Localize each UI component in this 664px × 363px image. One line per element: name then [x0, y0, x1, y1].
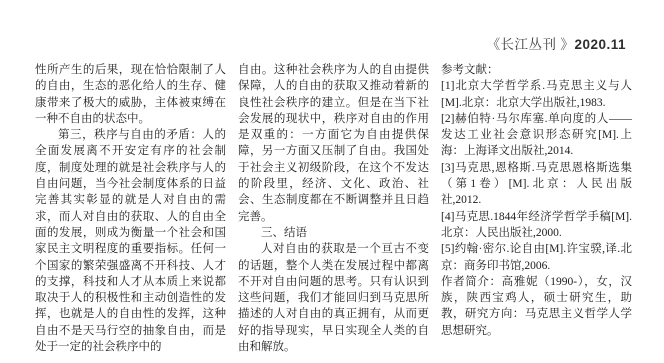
- paragraph: 第三，秩序与自由的矛盾：人的全面发展离不开安定有序的社会制度，制度处理的就是社会…: [35, 127, 226, 355]
- journal-title: 《长江丛刊 》: [487, 37, 575, 52]
- paragraph: 性所产生的后果，现在恰恰限制了人的自由，生态的恶化给人的生存、健康带来了极大的威…: [35, 62, 226, 127]
- journal-page: 《长江丛刊 》2020.11 性所产生的后果，现在恰恰限制了人的自由，生态的恶化…: [0, 0, 664, 363]
- reference-item: [1]北京大学哲学系.马克思主义与人[M].北京：北京大学出版社,1983.: [441, 78, 632, 111]
- paragraph: 人对自由的获取是一个亘古不变的话题，整个人类在发展过程中都离不开对自由问题的思考…: [238, 241, 429, 355]
- text-columns: 性所产生的后果，现在恰恰限制了人的自由，生态的恶化给人的生存、健康带来了极大的威…: [35, 62, 632, 355]
- text-column-2: 自由。这种社会秩序为人的自由提供保障，人的自由的获取又推动着新的良性社会秩序的建…: [238, 62, 429, 355]
- running-head: 《长江丛刊 》2020.11: [487, 33, 626, 53]
- text-column-1: 性所产生的后果，现在恰恰限制了人的自由，生态的恶化给人的生存、健康带来了极大的威…: [35, 62, 226, 355]
- section-heading-conclusion: 三、结语: [238, 225, 429, 241]
- author-bio: 作者简介：高雅妮（1990-），女，汉族，陕西宝鸡人，硕士研究生，助教，研究方向…: [441, 274, 632, 339]
- reference-item: [4]马克思.1844年经济学哲学手稿[M].北京：人民出版社,2000.: [441, 209, 632, 242]
- reference-item: [2]赫伯特·马尔库塞.单向度的人——发达工业社会意识形态研究[M].上海：上海…: [441, 111, 632, 160]
- reference-item: [5]约翰·密尔.论自由[M].许宝骙,译.北京：商务印书馆,2006.: [441, 241, 632, 274]
- reference-item: [3]马克思,恩格斯.马克思恩格斯选集（第1卷）[M].北京：人民出版社,201…: [441, 160, 632, 209]
- issue-number: 2020.11: [574, 37, 626, 52]
- paragraph: 自由。这种社会秩序为人的自由提供保障，人的自由的获取又推动着新的良性社会秩序的建…: [238, 62, 429, 225]
- text-column-3: 参考文献： [1]北京大学哲学系.马克思主义与人[M].北京：北京大学出版社,1…: [441, 62, 632, 355]
- references-title: 参考文献：: [441, 62, 632, 78]
